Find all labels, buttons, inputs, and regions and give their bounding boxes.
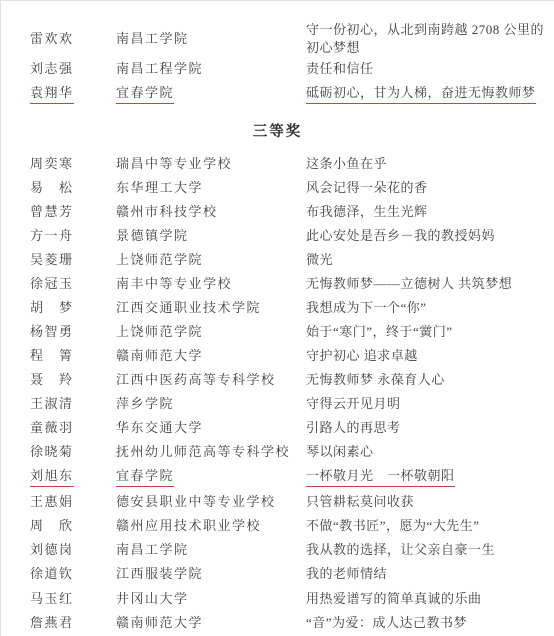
entry-title: 这条小鱼在乎 <box>306 156 387 171</box>
school-name: 景德镇学院 <box>116 228 189 243</box>
entry-title: 琴以闲素心 <box>306 444 374 459</box>
school-name: 上饶师范学院 <box>116 324 203 339</box>
table-row: 杨智勇 上饶师范学院 始于“寒门”，终于“黉门” <box>1 323 554 341</box>
awardee-name: 胡 梦 <box>30 300 74 315</box>
school-name: 南昌工学院 <box>116 542 189 557</box>
school-name: 抚州幼儿师范高等专科学校 <box>116 444 290 459</box>
entry-title: 无悔教师梦 永葆育人心 <box>306 372 445 387</box>
awardee-name: 詹燕君 <box>30 615 74 630</box>
table-row: 刘旭东 宜春学院 一杯敬月光 一杯敬朝阳 <box>1 467 554 487</box>
awardee-name: 王淑清 <box>30 396 74 411</box>
school-name: 井冈山大学 <box>116 591 189 606</box>
school-name: 华东交通大学 <box>116 420 203 435</box>
entry-title: 守得云开见月明 <box>306 396 401 411</box>
school-name: 宜春学院 <box>116 467 174 487</box>
entry-title: 始于“寒门”，终于“黉门” <box>306 324 453 339</box>
table-row: 徐冠玉 南丰中等专业学校 无悔教师梦——立德树人 共筑梦想 <box>1 275 554 293</box>
awardee-name: 徐冠玉 <box>30 276 74 291</box>
entry-title: 用热爱谱写的简单真诚的乐曲 <box>306 591 482 606</box>
school-name: 江西交通职业技术学院 <box>116 300 261 315</box>
table-row: 王惠娟 德安县职业中等专业学校 只管耕耘莫问收获 <box>1 493 554 511</box>
school-name: 江西服装学院 <box>116 566 203 581</box>
table-row: 童薇羽 华东交通大学 引路人的再思考 <box>1 419 554 437</box>
entry-title: 砥砺初心，甘为人梯，奋进无悔教师梦 <box>306 84 536 104</box>
awardee-name: 程 箐 <box>30 348 74 363</box>
awardee-name: 曾慧芳 <box>30 204 74 219</box>
entry-title: 一杯敬月光 一杯敬朝阳 <box>306 467 455 487</box>
table-row: 詹燕君 赣南师范大学 “音”为爱：成人达己教书梦 <box>1 614 554 632</box>
awardee-name: 易 松 <box>30 180 74 195</box>
entry-title: 无悔教师梦——立德树人 共筑梦想 <box>306 276 512 291</box>
table-row: 袁翔华 宜春学院 砥砺初心，甘为人梯，奋进无悔教师梦 <box>1 84 554 104</box>
awardee-name: 袁翔华 <box>30 84 74 104</box>
table-row: 刘志强 南昌工程学院 责任和信任 <box>1 60 554 78</box>
awardee-name: 雷欢欢 <box>30 31 74 46</box>
table-row: 吴菱珊 上饶师范学院 微光 <box>1 251 554 269</box>
school-name: 宜春学院 <box>116 84 174 104</box>
awardee-name: 杨智勇 <box>30 324 74 339</box>
entry-title: “音”为爱：成人达己教书梦 <box>306 615 467 630</box>
awardee-name: 聂 羚 <box>30 372 74 387</box>
awardee-name: 徐道钦 <box>30 566 74 581</box>
entry-title: 我的老师情结 <box>306 566 387 581</box>
school-name: 江西中医药高等专科学校 <box>116 372 276 387</box>
section-header-third-prize: 三等奖 <box>1 120 554 141</box>
entry-title: 不做“教书匠”，愿为“大先生” <box>306 518 480 533</box>
awardee-name: 刘志强 <box>30 61 74 76</box>
entry-title: 我从教的选择，让父亲自豪一生 <box>306 542 495 557</box>
school-name: 赣州应用技术职业学校 <box>116 518 261 533</box>
table-row: 曾慧芳 赣州市科技学校 布我德泽，生生光辉 <box>1 203 554 221</box>
awardee-name: 马玉红 <box>30 591 74 606</box>
entry-title: 风会记得一朵花的香 <box>306 180 428 195</box>
pre-header-rows: 雷欢欢 南昌工学院 守一份初心，从北到南跨越 2708 公里的初心梦想 刘志强 … <box>1 21 554 104</box>
awardee-name: 王惠娟 <box>30 494 74 509</box>
awardee-name: 吴菱珊 <box>30 252 74 267</box>
table-row: 周 欣 赣州应用技术职业学校 不做“教书匠”，愿为“大先生” <box>1 517 554 535</box>
entry-title: 微光 <box>306 252 333 267</box>
table-row: 程 箐 赣南师范大学 守护初心 追求卓越 <box>1 347 554 365</box>
school-name: 萍乡学院 <box>116 396 174 411</box>
school-name: 东华理工大学 <box>116 180 203 195</box>
school-name: 赣南师范大学 <box>116 348 203 363</box>
school-name: 赣南师范大学 <box>116 615 203 630</box>
school-name: 南昌工程学院 <box>116 61 203 76</box>
school-name: 南丰中等专业学校 <box>116 276 232 291</box>
table-row: 聂 羚 江西中医药高等专科学校 无悔教师梦 永葆育人心 <box>1 371 554 389</box>
entry-title: 守护初心 追求卓越 <box>306 348 418 363</box>
table-row: 胡 梦 江西交通职业技术学院 我想成为下一个“你” <box>1 299 554 317</box>
third-prize-rows: 周奕寒 瑞昌中等专业学校 这条小鱼在乎 易 松 东华理工大学 风会记得一朵花的香… <box>1 155 554 631</box>
awardee-name: 刘德岗 <box>30 542 74 557</box>
table-row: 徐晓菊 抚州幼儿师范高等专科学校 琴以闲素心 <box>1 443 554 461</box>
school-name: 德安县职业中等专业学校 <box>116 494 276 509</box>
school-name: 瑞昌中等专业学校 <box>116 156 232 171</box>
table-row: 周奕寒 瑞昌中等专业学校 这条小鱼在乎 <box>1 155 554 173</box>
school-name: 南昌工学院 <box>116 31 189 46</box>
table-row: 雷欢欢 南昌工学院 守一份初心，从北到南跨越 2708 公里的初心梦想 <box>1 21 554 56</box>
table-row: 王淑清 萍乡学院 守得云开见月明 <box>1 395 554 413</box>
entry-title: 布我德泽，生生光辉 <box>306 204 428 219</box>
awardee-name: 童薇羽 <box>30 420 74 435</box>
entry-title: 我想成为下一个“你” <box>306 300 427 315</box>
entry-title: 只管耕耘莫问收获 <box>306 494 414 509</box>
entry-title: 此心安处是吾乡－我的教授妈妈 <box>306 228 495 243</box>
entry-title: 引路人的再思考 <box>306 420 401 435</box>
entry-title: 守一份初心，从北到南跨越 2708 公里的初心梦想 <box>306 22 544 55</box>
awardee-name: 刘旭东 <box>30 467 74 487</box>
awardee-name: 徐晓菊 <box>30 444 74 459</box>
table-row: 马玉红 井冈山大学 用热爱谱写的简单真诚的乐曲 <box>1 590 554 608</box>
awardee-name: 方一舟 <box>30 228 74 243</box>
school-name: 上饶师范学院 <box>116 252 203 267</box>
awardee-name: 周 欣 <box>30 518 74 533</box>
table-row: 刘德岗 南昌工学院 我从教的选择，让父亲自豪一生 <box>1 541 554 559</box>
table-row: 方一舟 景德镇学院 此心安处是吾乡－我的教授妈妈 <box>1 227 554 245</box>
table-row: 易 松 东华理工大学 风会记得一朵花的香 <box>1 179 554 197</box>
school-name: 赣州市科技学校 <box>116 204 218 219</box>
award-document-page: 雷欢欢 南昌工学院 守一份初心，从北到南跨越 2708 公里的初心梦想 刘志强 … <box>0 0 554 636</box>
awardee-name: 周奕寒 <box>30 156 74 171</box>
entry-title: 责任和信任 <box>306 61 374 76</box>
table-row: 徐道钦 江西服装学院 我的老师情结 <box>1 565 554 583</box>
